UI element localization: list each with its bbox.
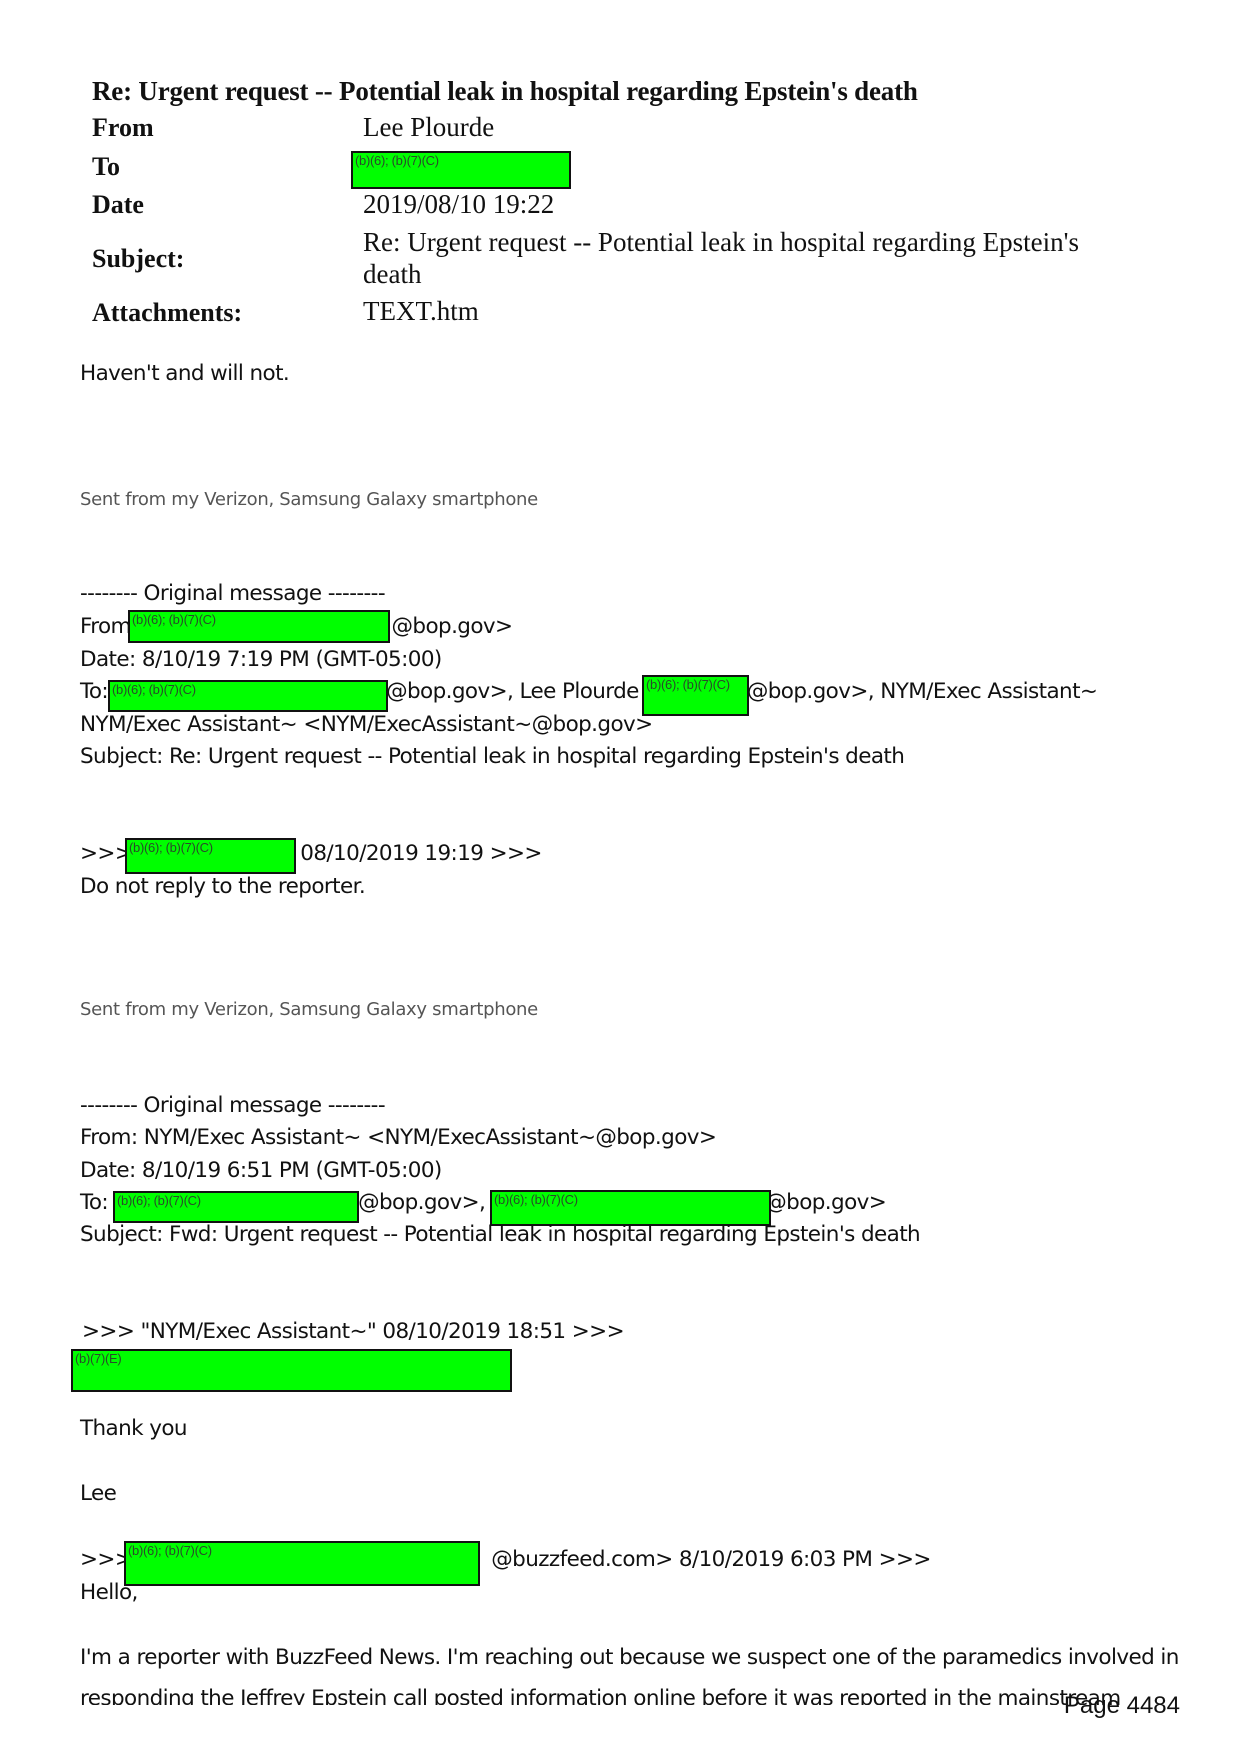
to-suffix: @bop.gov>, NYM/Exec Assistant~ bbox=[747, 679, 1098, 704]
to-prefix: To: bbox=[80, 679, 108, 704]
to-prefix: To: bbox=[80, 1190, 108, 1215]
subject-label: Subject: bbox=[92, 244, 184, 274]
email-title: Re: Urgent request -- Potential leak in … bbox=[92, 76, 918, 107]
attachments-label: Attachments: bbox=[92, 298, 242, 328]
redaction-box: (b)(6); (b)(7)(C) bbox=[642, 675, 749, 716]
quote3-header: >>>(b)(6); (b)(7)(C)@buzzfeed.com> 8/10/… bbox=[80, 1547, 931, 1572]
date-label: Date bbox=[92, 190, 144, 220]
reporter-paragraph-line1: I'm a reporter with BuzzFeed News. I'm r… bbox=[80, 1645, 1179, 1670]
to-label: To bbox=[92, 152, 120, 182]
quote-suffix: 08/10/2019 19:19 >>> bbox=[300, 841, 542, 866]
from-suffix: @bop.gov> bbox=[392, 614, 513, 639]
signature: Sent from my Verizon, Samsung Galaxy sma… bbox=[80, 489, 538, 510]
redaction-box: (b)(6); (b)(7)(C) bbox=[351, 151, 571, 189]
quote1-body: Do not reply to the reporter. bbox=[80, 874, 365, 899]
original-message-separator: -------- Original message -------- bbox=[80, 1093, 385, 1118]
original1-to-line: To:(b)(6); (b)(7)(C)@bop.gov>, Lee Plour… bbox=[80, 679, 1097, 704]
quote2-header: >>> "NYM/Exec Assistant~" 08/10/2019 18:… bbox=[82, 1319, 624, 1344]
from-value: Lee Plourde bbox=[363, 112, 494, 143]
original2-subject: Subject: Fwd: Urgent request -- Potentia… bbox=[80, 1222, 920, 1247]
attachment-link[interactable]: TEXT.htm bbox=[363, 296, 479, 327]
redaction-box: (b)(6); (b)(7)(C) bbox=[124, 1541, 480, 1586]
redaction-box: (b)(6); (b)(7)(C) bbox=[113, 1191, 359, 1223]
message-body: Haven't and will not. bbox=[80, 361, 289, 386]
redaction-box: (b)(7)(E) bbox=[71, 1349, 512, 1392]
redaction-box: (b)(6); (b)(7)(C) bbox=[108, 680, 388, 712]
from-label: From bbox=[92, 113, 154, 143]
redaction-box: (b)(6); (b)(7)(C) bbox=[490, 1190, 771, 1226]
signoff-text: Lee bbox=[80, 1481, 116, 1506]
thanks-text: Thank you bbox=[80, 1416, 187, 1441]
redaction-box: (b)(6); (b)(7)(C) bbox=[128, 610, 390, 643]
redaction-box: (b)(6); (b)(7)(C) bbox=[125, 838, 296, 874]
page-number: Page 4484 bbox=[1064, 1692, 1180, 1720]
signature: Sent from my Verizon, Samsung Galaxy sma… bbox=[80, 999, 538, 1020]
to-suffix: @bop.gov> bbox=[765, 1190, 886, 1215]
date-value: 2019/08/10 19:22 bbox=[363, 189, 554, 220]
original1-from-line: From:(b)(6); (b)(7)(C)@bop.gov> bbox=[80, 614, 512, 639]
subject-value-line1: Re: Urgent request -- Potential leak in … bbox=[363, 227, 1079, 258]
original-message-separator: -------- Original message -------- bbox=[80, 581, 385, 606]
greeting-text: Hello, bbox=[80, 1580, 138, 1605]
reporter-paragraph-line2-clip: responding the Jeffrey Epstein call post… bbox=[80, 1683, 1180, 1705]
original1-date-line: Date: 8/10/19 7:19 PM (GMT-05:00) bbox=[80, 647, 442, 672]
to-mid: @bop.gov>, Lee Plourde bbox=[386, 679, 639, 704]
to-mid: @bop.gov>, bbox=[358, 1190, 485, 1215]
original1-to-line2: NYM/Exec Assistant~ <NYM/ExecAssistant~@… bbox=[80, 712, 653, 737]
quote1-header: >>>(b)(6); (b)(7)(C)08/10/2019 19:19 >>> bbox=[80, 841, 542, 866]
original2-from: From: NYM/Exec Assistant~ <NYM/ExecAssis… bbox=[80, 1125, 716, 1150]
original2-to-line: To:(b)(6); (b)(7)(C)@bop.gov>,(b)(6); (b… bbox=[80, 1190, 886, 1215]
reporter-paragraph-line2: responding the Jeffrey Epstein call post… bbox=[80, 1686, 1121, 1705]
quote-suffix: @buzzfeed.com> 8/10/2019 6:03 PM >>> bbox=[491, 1547, 931, 1572]
subject-value-line2: death bbox=[363, 259, 421, 290]
original1-subject: Subject: Re: Urgent request -- Potential… bbox=[80, 744, 904, 769]
original2-date: Date: 8/10/19 6:51 PM (GMT-05:00) bbox=[80, 1158, 442, 1183]
